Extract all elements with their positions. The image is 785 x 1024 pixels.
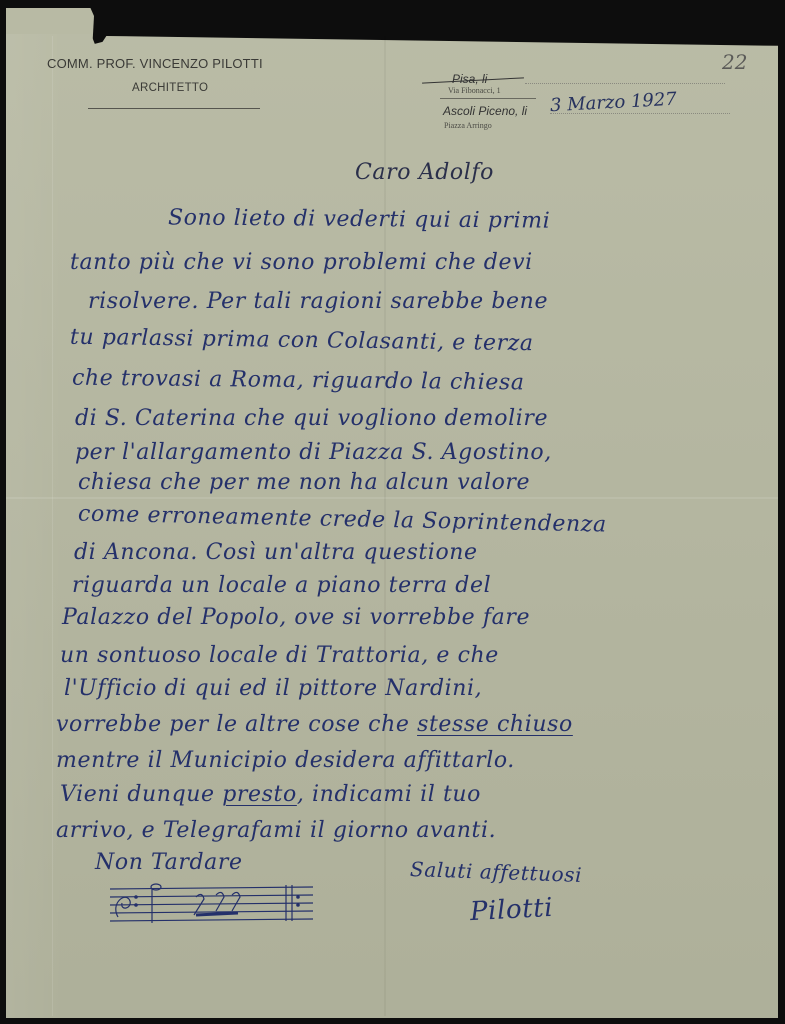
letter-line: Palazzo del Popolo, ove si vorrebbe fare — [62, 605, 530, 630]
letter-line: riguarda un locale a piano terra del — [72, 573, 491, 598]
address-pisa-street: Via Fibonacci, 1 — [448, 86, 501, 95]
letter-line: Vieni dunque presto, indicami il tuo — [60, 782, 481, 807]
letter-line: Sono lieto di vederti qui ai primi — [168, 205, 551, 233]
letterhead-name: COMM. PROF. VINCENZO PILOTTI — [47, 56, 263, 71]
paper-fold-horizontal — [6, 497, 778, 499]
letter-line: che trovasi a Roma, riguardo la chiesa — [72, 366, 525, 396]
address-ascoli-street: Piazza Arringo — [444, 121, 492, 130]
letterhead-rule — [88, 108, 260, 109]
letter-line: per l'allargamento di Piazza S. Agostino… — [75, 440, 552, 465]
archive-page-number: 22 — [722, 50, 747, 74]
signature: Pilotti — [469, 893, 554, 927]
letter-line: vorrebbe per le altre cose che stesse ch… — [56, 712, 573, 737]
letter-line: risolvere. Per tali ragioni sarebbe bene — [88, 289, 548, 314]
letter-line: di S. Caterina che qui vogliono demolire — [75, 406, 548, 431]
music-staff-icon — [108, 883, 316, 927]
address-ascoli-city: Ascoli Piceno, li — [443, 104, 527, 118]
letter-line: un sontuoso locale di Trattoria, e che — [60, 643, 499, 668]
address-dotted-line — [525, 83, 725, 84]
letter-line: mentre il Municipio desidera affittarlo. — [56, 748, 515, 773]
postscript: Non Tardare — [95, 850, 243, 875]
letter-line: chiesa che per me non ha alcun valore — [78, 470, 530, 495]
address-rule — [440, 98, 536, 99]
letterhead-title: ARCHITETTO — [132, 82, 208, 94]
paper-fold-left — [52, 36, 53, 1016]
letter-line: tanto più che vi sono problemi che devi — [70, 250, 533, 275]
letter-line: di Ancona. Così un'altra questione — [74, 540, 478, 565]
underlined-word: presto — [222, 782, 297, 807]
letter-line: l'Ufficio di qui ed il pittore Nardini, — [64, 676, 482, 701]
underlined-word: stesse chiuso — [417, 712, 573, 737]
letter-line: arrivo, e Telegrafami il giorno avanti. — [56, 818, 496, 843]
letter-salutation: Caro Adolfo — [355, 160, 494, 185]
